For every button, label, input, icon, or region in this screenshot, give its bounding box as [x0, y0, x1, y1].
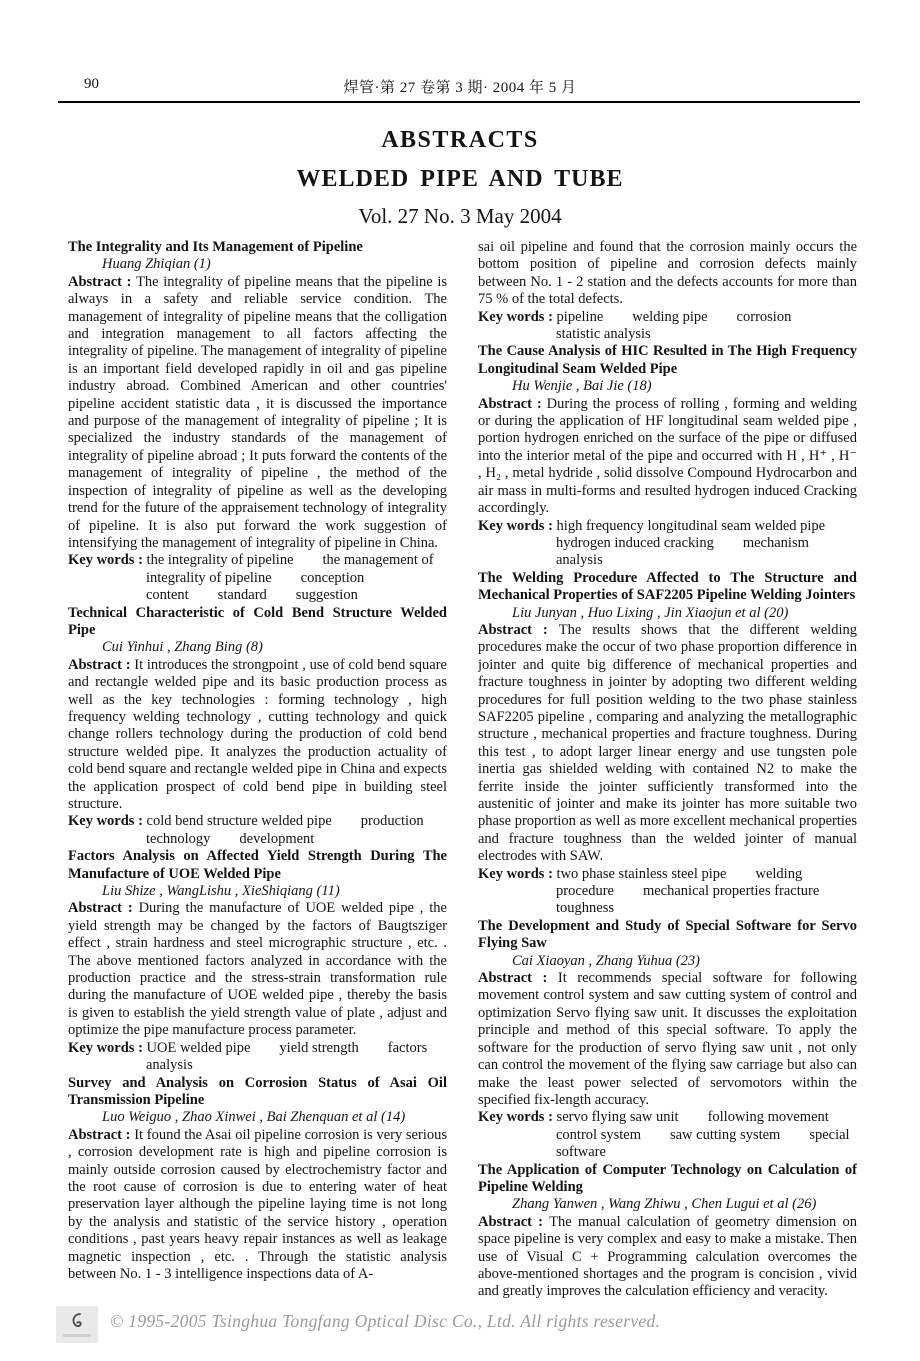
entry-keywords: Key words : servo flying saw unit follow… [478, 1109, 857, 1161]
entry-keywords: Key words : high frequency longitudinal … [478, 518, 857, 570]
abstract-text: It recommends special software for follo… [478, 970, 857, 1108]
keywords-text: two phase stainless steel pipe welding p… [556, 866, 819, 917]
abstract-label: Abstract : [478, 970, 558, 986]
page-title: ABSTRACTS [0, 127, 920, 154]
entry-authors: Zhang Yanwen , Wang Zhiwu , Chen Lugui e… [478, 1196, 857, 1213]
entry-authors: Hu Wenjie , Bai Jie (18) [478, 378, 857, 395]
abstract-text: The results shows that the different wel… [478, 622, 857, 864]
abstract-entry: The Development and Study of Special Sof… [478, 918, 857, 1162]
abstract-entry: The Cause Analysis of HIC Resulted in Th… [478, 343, 857, 569]
abstract-entry: Survey and Analysis on Corrosion Status … [68, 1075, 447, 1284]
abstract-label: Abstract : [68, 1127, 134, 1143]
entry-title: The Development and Study of Special Sof… [478, 918, 857, 953]
keywords-label: Key words : [478, 866, 557, 882]
entry-keywords: Key words : cold bend structure welded p… [68, 813, 447, 848]
entry-title: Technical Characteristic of Cold Bend St… [68, 605, 447, 640]
logo-caption-bar [63, 1334, 91, 1337]
keywords-text: the integrality of pipeline the manageme… [146, 552, 434, 603]
entry-keywords: Key words : the integrality of pipeline … [68, 552, 447, 604]
abstracts-content: The Integrality and Its Management of Pi… [68, 239, 858, 1305]
entry-abstract: Abstract : It recommends special softwar… [478, 970, 857, 1109]
journal-name-english: WELDED PIPE AND TUBE [0, 166, 920, 193]
keywords-label: Key words : [68, 552, 147, 568]
left-column: The Integrality and Its Management of Pi… [68, 239, 447, 1305]
entry-keywords: Key words : UOE welded pipe yield streng… [68, 1040, 447, 1075]
entry-title: The Integrality and Its Management of Pi… [68, 239, 447, 256]
right-column: sai oil pipeline and found that the corr… [478, 239, 857, 1305]
abstract-continuation-text: sai oil pipeline and found that the corr… [478, 239, 857, 309]
entry-authors: Liu Shize , WangLishu , XieShiqiang (11) [68, 883, 447, 900]
entry-abstract: Abstract : During the process of rolling… [478, 396, 857, 518]
entry-authors: Cai Xiaoyan , Zhang Yuhua (23) [478, 953, 857, 970]
abstract-entry-continuation: sai oil pipeline and found that the corr… [478, 239, 857, 343]
abstract-entry: Factors Analysis on Affected Yield Stren… [68, 848, 447, 1074]
entry-title: The Cause Analysis of HIC Resulted in Th… [478, 343, 857, 378]
entry-abstract: Abstract : The results shows that the di… [478, 622, 857, 866]
keywords-label: Key words : [478, 309, 557, 325]
entry-authors: Liu Junyan , Huo Lixing , Jin Xiaojun et… [478, 605, 857, 622]
keywords-text: servo flying saw unit following movement… [556, 1109, 850, 1160]
abstract-label: Abstract : [68, 900, 139, 916]
abstract-text: It introduces the strongpoint , use of c… [68, 657, 447, 812]
abstract-text: During the manufacture of UOE welded pip… [68, 900, 447, 1038]
entry-title: Factors Analysis on Affected Yield Stren… [68, 848, 447, 883]
abstract-label: Abstract : [478, 396, 547, 412]
keywords-text: pipeline welding pipe corrosion statisti… [556, 309, 820, 342]
abstract-entry: The Integrality and Its Management of Pi… [68, 239, 447, 605]
keywords-text: UOE welded pipe yield strength factors a… [146, 1040, 427, 1073]
abstract-entry: Technical Characteristic of Cold Bend St… [68, 605, 447, 849]
entry-authors: Huang Zhiqian (1) [68, 256, 447, 273]
entry-title: The Welding Procedure Affected to The St… [478, 570, 857, 605]
abstracts-page: 90 焊管·第 27 卷第 3 期· 2004 年 5 月 ABSTRACTS … [0, 0, 920, 1361]
entry-abstract: Abstract : The integrality of pipeline m… [68, 274, 447, 553]
abstract-label: Abstract : [478, 622, 559, 638]
abstract-label: Abstract : [478, 1214, 549, 1230]
entry-keywords: Key words : two phase stainless steel pi… [478, 866, 857, 918]
entry-title: The Application of Computer Technology o… [478, 1162, 857, 1197]
copyright-notice: © 1995-2005 Tsinghua Tongfang Optical Di… [110, 1311, 660, 1332]
keywords-text: cold bend structure welded pipe producti… [146, 813, 424, 846]
entry-abstract: Abstract : It introduces the strongpoint… [68, 657, 447, 814]
abstract-text: It found the Asai oil pipeline corrosion… [68, 1127, 447, 1282]
entry-abstract: Abstract : During the manufacture of UOE… [68, 900, 447, 1039]
abstract-label: Abstract : [68, 274, 136, 290]
journal-header: 焊管·第 27 卷第 3 期· 2004 年 5 月 [0, 76, 920, 97]
header-rule [58, 101, 860, 103]
keywords-label: Key words : [478, 1109, 557, 1125]
keywords-label: Key words : [68, 1040, 147, 1056]
abstract-text: During the process of rolling , forming … [478, 396, 857, 516]
keywords-label: Key words : [478, 518, 557, 534]
abstract-label: Abstract : [68, 657, 134, 673]
issue-line: Vol. 27 No. 3 May 2004 [0, 204, 920, 229]
keywords-label: Key words : [68, 813, 147, 829]
abstract-text: The integrality of pipeline means that t… [68, 274, 447, 551]
keywords-text: high frequency longitudinal seam welded … [556, 518, 854, 569]
abstract-entry: The Application of Computer Technology o… [478, 1162, 857, 1301]
masthead: ABSTRACTS WELDED PIPE AND TUBE Vol. 27 N… [0, 127, 920, 229]
entry-title: Survey and Analysis on Corrosion Status … [68, 1075, 447, 1110]
entry-authors: Luo Weiguo , Zhao Xinwei , Bai Zhenquan … [68, 1109, 447, 1126]
swirl-icon [67, 1312, 87, 1332]
entry-abstract: Abstract : It found the Asai oil pipelin… [68, 1127, 447, 1284]
entry-authors: Cui Yinhui , Zhang Bing (8) [68, 639, 447, 656]
entry-keywords: Key words : pipeline welding pipe corros… [478, 309, 857, 344]
abstract-entry: The Welding Procedure Affected to The St… [478, 570, 857, 918]
entry-abstract: Abstract : The manual calculation of geo… [478, 1214, 857, 1301]
tongfang-swirl-logo [56, 1306, 98, 1343]
